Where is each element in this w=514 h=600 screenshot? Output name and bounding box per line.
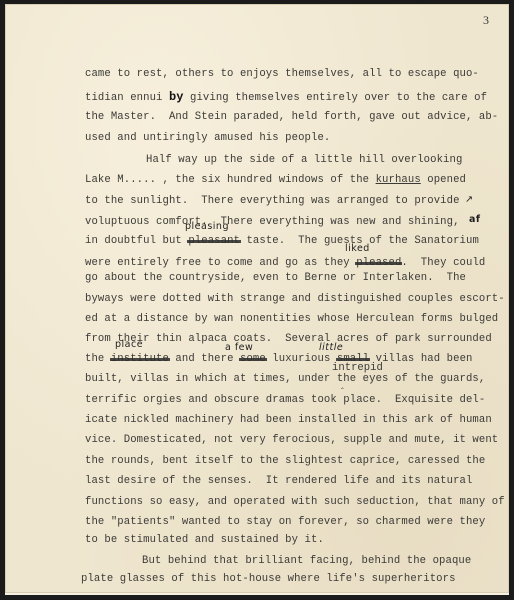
text-line-25: But behind that brilliant facing, behind… bbox=[142, 555, 471, 567]
text-line-13: ed at a distance by wan nonentities whos… bbox=[85, 313, 498, 325]
page-edge bbox=[5, 593, 509, 595]
struck-word-pleasant: pleasant bbox=[188, 235, 240, 247]
text-line-26: plate glasses of this hot-house where li… bbox=[81, 573, 456, 585]
text-line-17: terrific orgies and obscure dramas took … bbox=[85, 394, 485, 406]
page-number: 3 bbox=[483, 13, 489, 28]
underlined-word-kurhaus: kurhaus bbox=[376, 174, 421, 186]
text-line-11: go about the countryside, even to Berne … bbox=[85, 272, 466, 284]
text-segment: Lake M..... , the six hundred windows of… bbox=[85, 174, 376, 186]
text-segment: were entirely free to come and go as the… bbox=[85, 257, 356, 269]
text-line-23: the "patients" wanted to stay on forever… bbox=[85, 516, 485, 528]
text-segment: and there bbox=[169, 353, 240, 365]
text-line-15: the institute and there some luxurious s… bbox=[85, 353, 473, 365]
struck-word-pleased: pleased bbox=[356, 257, 401, 269]
text-segment: in doubtful but bbox=[85, 235, 188, 247]
text-line-6: Lake M..... , the six hundred windows of… bbox=[85, 174, 466, 186]
text-line-18: icate nickled machinery had been install… bbox=[85, 414, 492, 426]
text-line-5: Half way up the side of a little hill ov… bbox=[146, 154, 462, 166]
text-line-24: to be stimulated and sustained by it. bbox=[85, 534, 324, 546]
text-line-2: tidian ennui by giving themselves entire… bbox=[85, 90, 487, 104]
handwritten-mark: ↗ bbox=[465, 194, 473, 205]
caret-insert-mark: ‸ bbox=[341, 380, 344, 389]
text-line-14: from their thin alpaca coats. Several ac… bbox=[85, 333, 492, 345]
text-line-3: the Master. And Stein paraded, held fort… bbox=[85, 111, 498, 123]
handwritten-insert-liked: liked bbox=[345, 243, 370, 254]
text-line-20: the rounds, bent itself to the slightest… bbox=[85, 455, 485, 467]
text-line-9: in doubtful but pleasant taste. The gues… bbox=[85, 235, 479, 247]
struck-mark: af bbox=[469, 214, 481, 225]
text-line-16: built, villas in which at times, under t… bbox=[85, 373, 485, 385]
struck-word-institute: institute bbox=[111, 353, 169, 365]
text-line-10: were entirely free to come and go as the… bbox=[85, 257, 485, 269]
handwritten-insert-little: little bbox=[319, 342, 343, 353]
text-segment: giving themselves entirely over to the c… bbox=[184, 92, 488, 104]
handwritten-insert-a-few: a few bbox=[225, 342, 253, 353]
handwritten-insert-pleasing: pleasing bbox=[185, 221, 229, 232]
text-segment: luxurious bbox=[266, 353, 337, 365]
handwritten-overtype-by: by bbox=[169, 90, 184, 104]
manuscript-page: 3 came to rest, others to enjoys themsel… bbox=[5, 4, 509, 593]
text-line-8: voluptuous comfort. There everything was… bbox=[85, 216, 460, 228]
text-segment: . They could bbox=[401, 257, 485, 269]
text-line-19: vice. Domesticated, not very ferocious, … bbox=[85, 434, 498, 446]
text-line-22: functions so easy, and operated with suc… bbox=[85, 496, 505, 508]
text-segment: opened bbox=[421, 174, 466, 186]
handwritten-insert-place: place bbox=[115, 339, 143, 350]
text-line-21: last desire of the senses. It rendered l… bbox=[85, 475, 472, 487]
text-segment: the bbox=[85, 353, 111, 365]
text-segment: villas had been bbox=[369, 353, 472, 365]
text-line-7: to the sunlight. There everything was ar… bbox=[85, 195, 460, 207]
text-line-12: byways were dotted with strange and dist… bbox=[85, 293, 505, 305]
text-line-1: came to rest, others to enjoys themselve… bbox=[85, 68, 479, 80]
struck-word-some: some bbox=[240, 353, 266, 365]
text-segment: tidian ennui bbox=[85, 92, 169, 104]
text-line-4: used and untiringly amused his people. bbox=[85, 132, 330, 144]
